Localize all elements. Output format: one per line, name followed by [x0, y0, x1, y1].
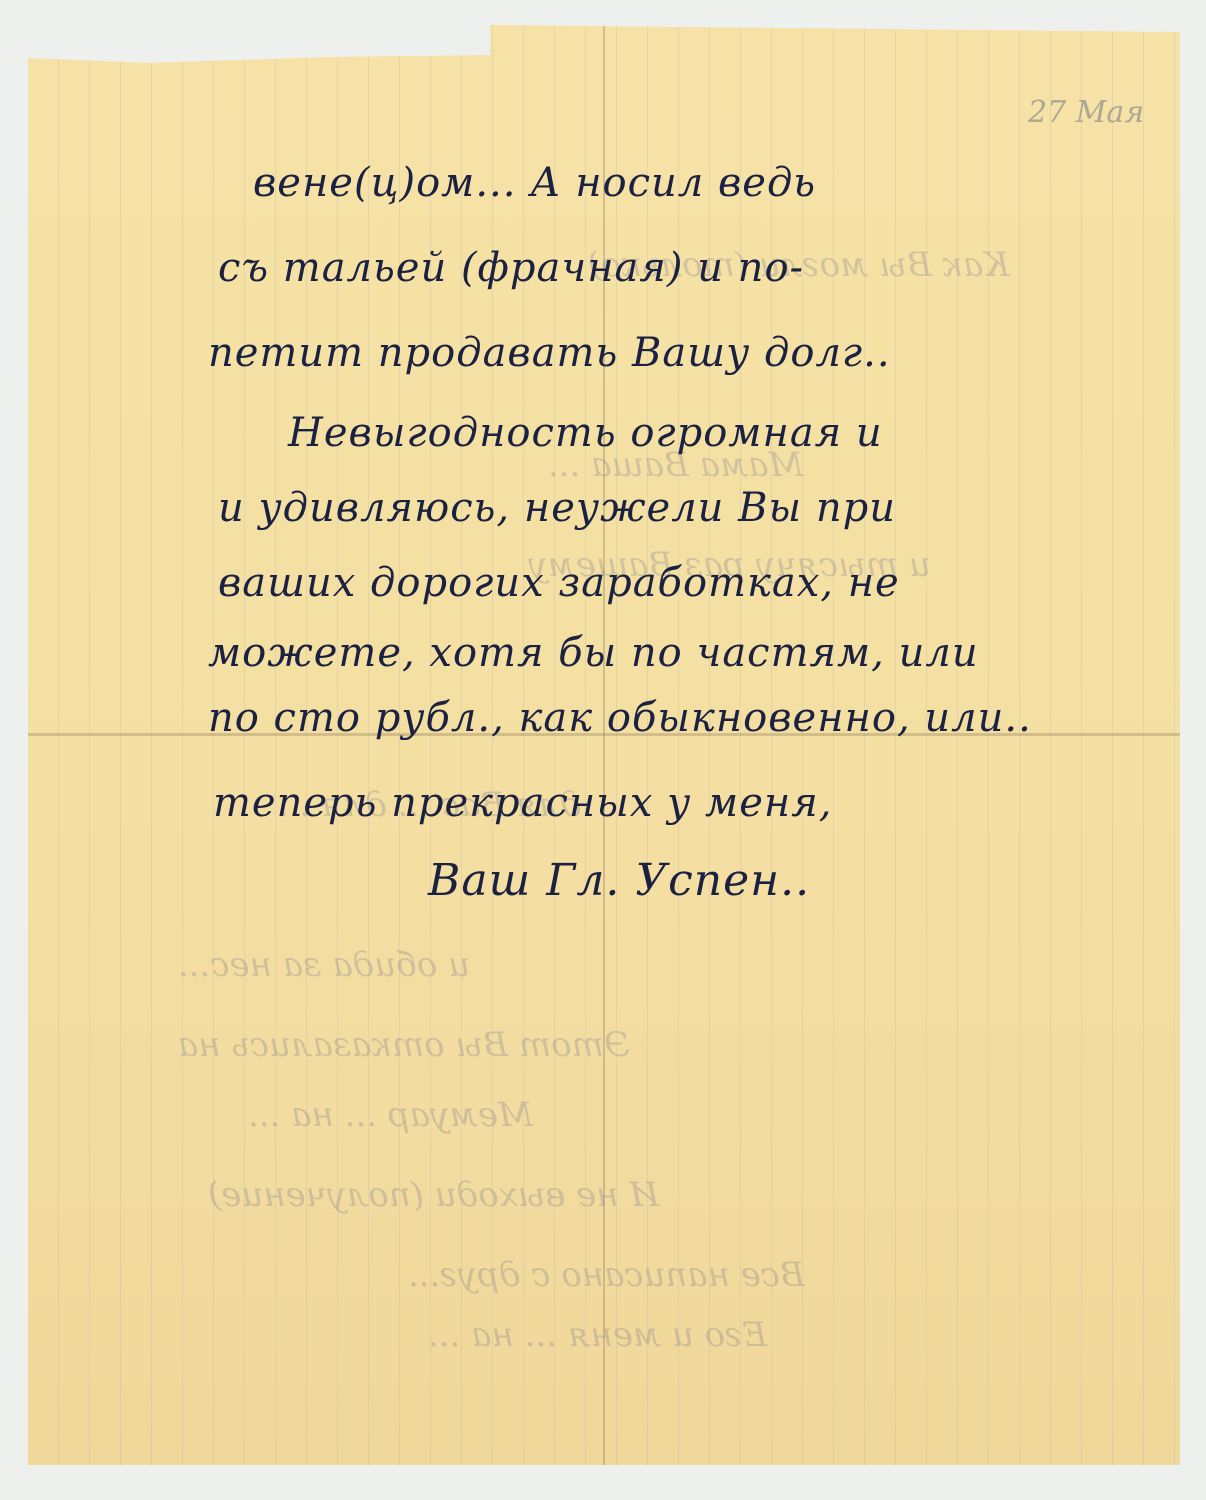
- letter-line-8: по сто рубл., как обыкновенно, или..: [208, 695, 1032, 741]
- letter-line-1: вене(ц)ом... А носил ведь: [253, 160, 816, 206]
- bleed-through-line: И не выходи (получение): [208, 1175, 659, 1215]
- vertical-fold: [603, 25, 605, 1465]
- letter-line-2: съ тальей (фрачная) и по-: [218, 245, 804, 291]
- bleed-through-line: Этот Вы отказались на: [178, 1025, 630, 1065]
- signature: Ваш Гл. Успен..: [428, 855, 810, 906]
- bleed-through-line: Все написано с друг...: [408, 1255, 805, 1295]
- letter-line-6: ваших дорогих заработках, не: [218, 560, 900, 606]
- letter-line-4: Невыгодность огромная и: [288, 410, 883, 456]
- letter-line-3: петит продавать Вашу долг..: [208, 330, 891, 376]
- letter-line-5: и удивляюсь, неужели Вы при: [218, 485, 896, 531]
- letter-paper: 27 Мая Как Вы могли (только) Мама Ваша .…: [28, 25, 1180, 1465]
- bleed-through-line: и обида за нес...: [178, 945, 470, 985]
- letter-line-9: теперь прекрасных у меня,: [213, 780, 832, 826]
- letter-line-7: можете, хотя бы по частям, или: [208, 630, 979, 676]
- bleed-through-line: Мемуар ... на ...: [248, 1095, 533, 1135]
- bleed-through-line: Его и меня ... на ...: [428, 1315, 767, 1355]
- corner-date-note: 27 Мая: [1028, 95, 1144, 130]
